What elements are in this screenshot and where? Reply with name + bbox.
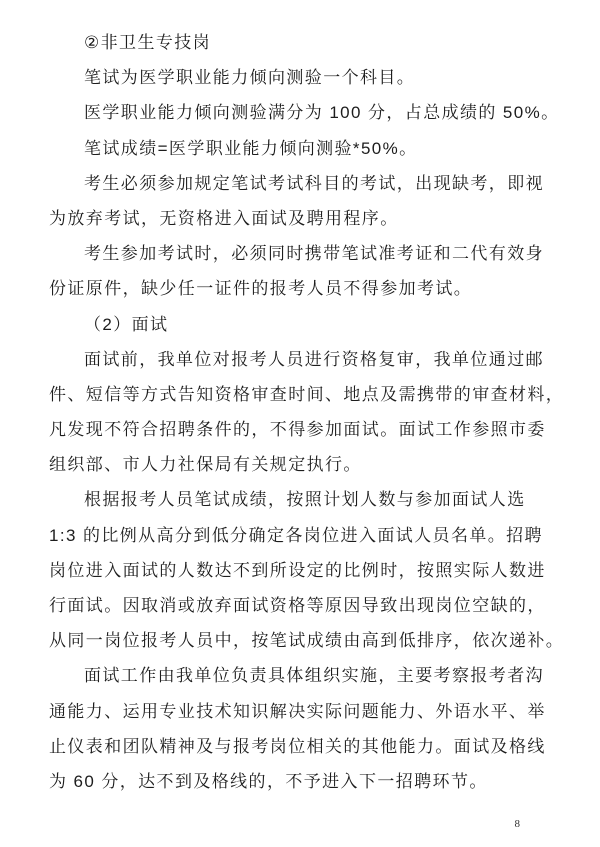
text-line: 为 60 分，达不到及格线的，不予进入下一招聘环节。 [49,764,554,799]
document-body: ②非卫生专技岗笔试为医学职业能力倾向测验一个科目。医学职业能力倾向测验满分为 1… [49,25,554,799]
text-line: 医学职业能力倾向测验满分为 100 分，占总成绩的 50%。 [49,95,554,130]
text-line: 通能力、运用专业技术知识解决实际问题能力、外语水平、举 [49,694,554,729]
text-line: 组织部、市人力社保局有关规定执行。 [49,447,554,482]
page-number: 8 [515,818,521,830]
text-line: 凡发现不符合招聘条件的，不得参加面试。面试工作参照市委 [49,412,554,447]
text-line: 考生必须参加规定笔试考试科目的考试，出现缺考，即视 [49,166,554,201]
text-line: 笔试成绩=医学职业能力倾向测验*50%。 [49,131,554,166]
text-line: 面试前，我单位对报考人员进行资格复审，我单位通过邮 [49,342,554,377]
text-line: 根据报考人员笔试成绩，按照计划人数与参加面试人选 [49,482,554,517]
text-line: ②非卫生专技岗 [49,25,554,60]
document-page: ②非卫生专技岗笔试为医学职业能力倾向测验一个科目。医学职业能力倾向测验满分为 1… [0,0,600,847]
text-line: 1:3 的比例从高分到低分确定各岗位进入面试人员名单。招聘 [49,518,554,553]
text-line: （2）面试 [49,307,554,342]
text-line: 面试工作由我单位负责具体组织实施，主要考察报考者沟 [49,658,554,693]
text-line: 行面试。因取消或放弃面试资格等原因导致出现岗位空缺的， [49,588,554,623]
text-line: 件、短信等方式告知资格审查时间、地点及需携带的审查材料， [49,377,554,412]
text-line: 笔试为医学职业能力倾向测验一个科目。 [49,60,554,95]
text-line: 从同一岗位报考人员中，按笔试成绩由高到低排序，依次递补。 [49,623,554,658]
text-line: 考生参加考试时，必须同时携带笔试准考证和二代有效身 [49,236,554,271]
text-line: 岗位进入面试的人数达不到所设定的比例时，按照实际人数进 [49,553,554,588]
text-line: 份证原件，缺少任一证件的报考人员不得参加考试。 [49,271,554,306]
text-line: 止仪表和团队精神及与报考岗位相关的其他能力。面试及格线 [49,729,554,764]
text-line: 为放弃考试，无资格进入面试及聘用程序。 [49,201,554,236]
